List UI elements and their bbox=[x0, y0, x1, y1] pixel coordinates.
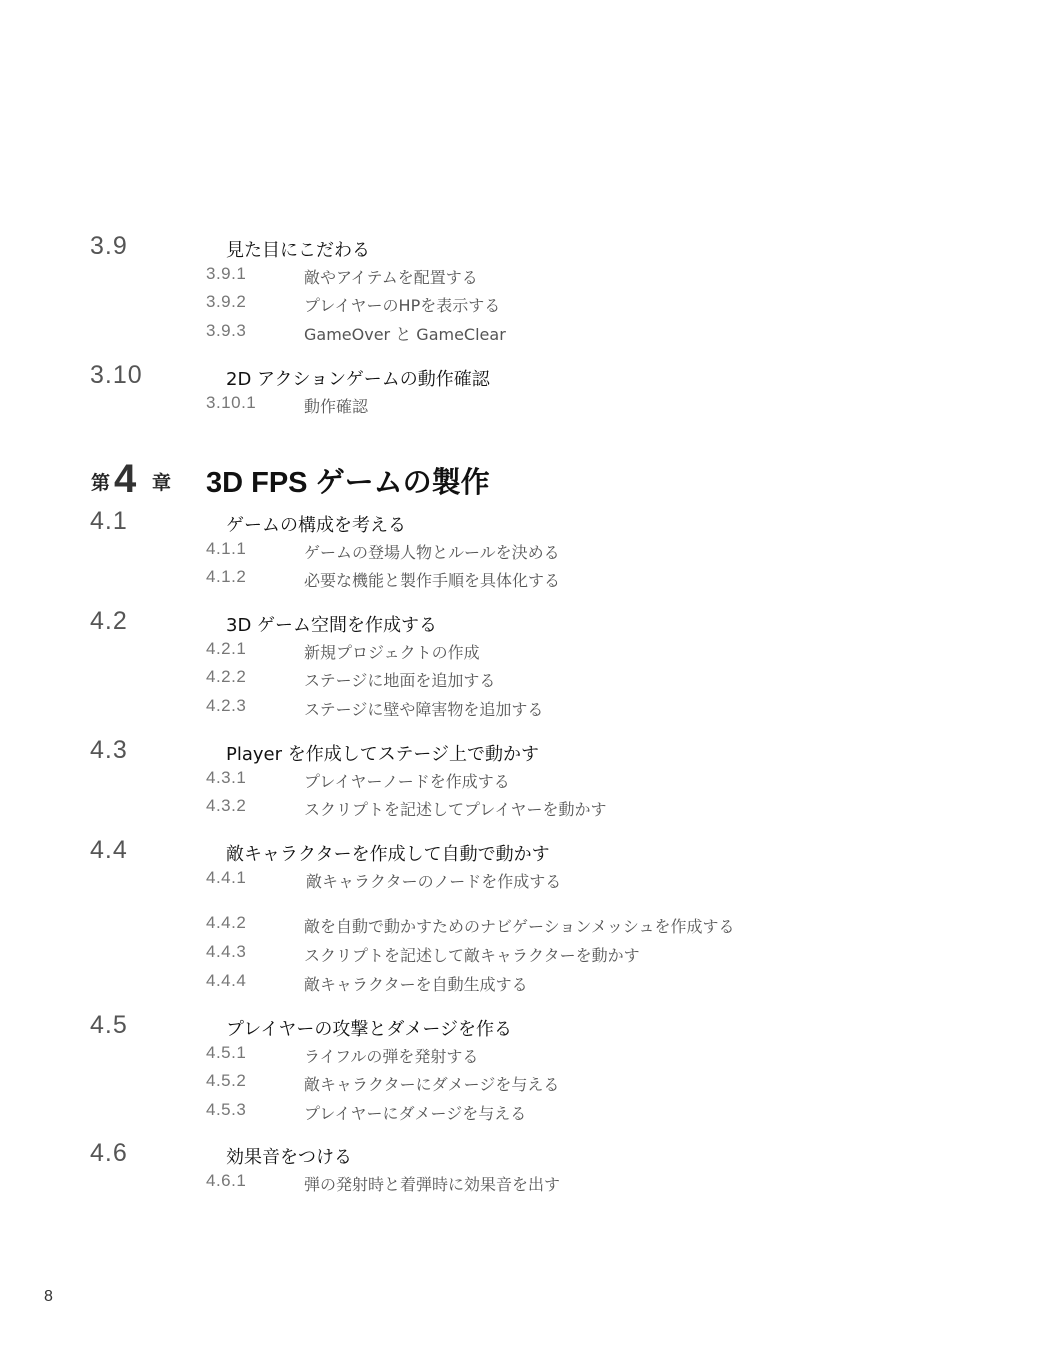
subsection-title: ステージに地面を追加する bbox=[304, 668, 495, 691]
subsection-number: 4.5.1 bbox=[206, 1043, 246, 1063]
section-number: 4.1 bbox=[90, 507, 128, 536]
subsection-title: プレイヤーのHPを表示する bbox=[304, 293, 500, 316]
section-number: 3.10 bbox=[90, 361, 143, 390]
section-number: 4.6 bbox=[90, 1139, 128, 1168]
subsection-title: ライフルの弾を発射する bbox=[304, 1044, 478, 1067]
subsection-number: 3.10.1 bbox=[206, 393, 256, 413]
page-number: 8 bbox=[44, 1288, 53, 1306]
section-number: 4.5 bbox=[90, 1011, 128, 1040]
section-number: 4.3 bbox=[90, 736, 128, 765]
subsection-number: 4.4.3 bbox=[206, 942, 246, 962]
subsection-number: 4.2.1 bbox=[206, 639, 246, 659]
subsection-title: 敵やアイテムを配置する bbox=[304, 265, 478, 288]
subsection-title: ステージに壁や障害物を追加する bbox=[304, 697, 543, 720]
subsection-title: スクリプトを記述して敵キャラクターを動かす bbox=[304, 943, 640, 966]
section-title: 3D ゲーム空間を作成する bbox=[226, 611, 437, 637]
subsection-title: GameOver と GameClear bbox=[304, 322, 506, 345]
chapter-suffix: 章 bbox=[152, 468, 171, 495]
chapter-title: 3D FPS ゲームの製作 bbox=[206, 460, 490, 501]
subsection-number: 4.2.2 bbox=[206, 667, 246, 687]
subsection-number: 4.3.2 bbox=[206, 796, 246, 816]
subsection-number: 3.9.2 bbox=[206, 292, 246, 312]
subsection-number: 4.1.2 bbox=[206, 567, 246, 587]
subsection-number: 3.9.3 bbox=[206, 321, 246, 341]
subsection-number: 4.4.2 bbox=[206, 913, 246, 933]
subsection-number: 4.5.3 bbox=[206, 1100, 246, 1120]
subsection-number: 4.4.4 bbox=[206, 971, 246, 991]
section-title: 2D アクションゲームの動作確認 bbox=[226, 365, 490, 391]
subsection-title: ゲームの登場人物とルールを決める bbox=[304, 540, 560, 563]
chapter-number: 4 bbox=[114, 457, 136, 502]
subsection-number: 4.6.1 bbox=[206, 1171, 246, 1191]
subsection-title: 新規プロジェクトの作成 bbox=[304, 640, 480, 663]
subsection-number: 3.9.1 bbox=[206, 264, 246, 284]
section-title: ゲームの構成を考える bbox=[226, 511, 406, 537]
subsection-title: 敵を自動で動かすためのナビゲーションメッシュを作成する bbox=[304, 914, 735, 937]
subsection-number: 4.5.2 bbox=[206, 1071, 246, 1091]
subsection-title: スクリプトを記述してプレイヤーを動かす bbox=[304, 797, 607, 820]
section-title: 効果音をつける bbox=[226, 1143, 352, 1169]
subsection-title: プレイヤーにダメージを与える bbox=[304, 1101, 526, 1124]
subsection-number: 4.1.1 bbox=[206, 539, 246, 559]
section-number: 4.2 bbox=[90, 607, 128, 636]
chapter-prefix: 第 bbox=[91, 468, 110, 495]
subsection-title: 敵キャラクターのノードを作成する bbox=[306, 869, 561, 892]
subsection-title: プレイヤーノードを作成する bbox=[304, 769, 510, 792]
section-title: プレイヤーの攻撃とダメージを作る bbox=[226, 1015, 512, 1041]
subsection-title: 動作確認 bbox=[304, 394, 368, 417]
section-title: 敵キャラクターを作成して自動で動かす bbox=[226, 840, 550, 866]
section-title: 見た目にこだわる bbox=[226, 236, 370, 262]
section-title: Player を作成してステージ上で動かす bbox=[226, 740, 539, 766]
subsection-number: 4.4.1 bbox=[206, 868, 246, 888]
subsection-title: 敵キャラクターを自動生成する bbox=[304, 972, 528, 995]
section-number: 4.4 bbox=[90, 836, 128, 865]
section-number: 3.9 bbox=[90, 232, 128, 261]
subsection-title: 弾の発射時と着弾時に効果音を出す bbox=[304, 1172, 560, 1195]
subsection-number: 4.3.1 bbox=[206, 768, 246, 788]
subsection-title: 敵キャラクターにダメージを与える bbox=[304, 1072, 559, 1095]
subsection-title: 必要な機能と製作手順を具体化する bbox=[304, 568, 560, 591]
subsection-number: 4.2.3 bbox=[206, 696, 246, 716]
